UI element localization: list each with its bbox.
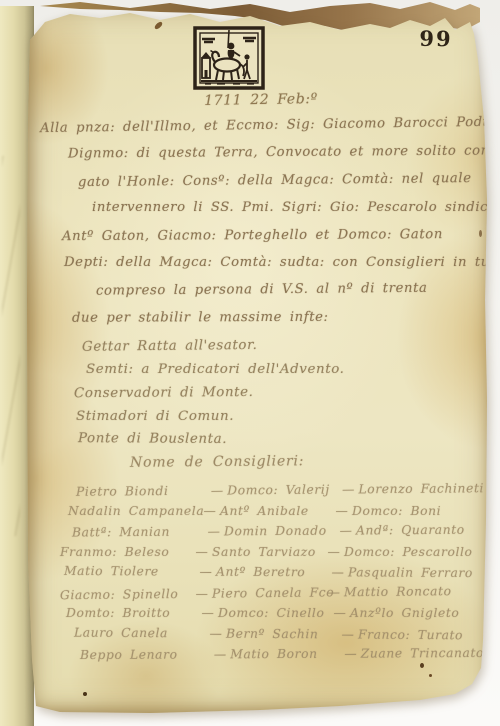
- councillor-name: Domin Donado: [224, 521, 336, 542]
- dash-separator: —: [207, 480, 227, 501]
- councillor-row: Domto: Broitto — Domco: Cinello — Anzºlo…: [66, 603, 484, 624]
- body-line: Dignmo: di questa Terra, Convocato et mo…: [68, 138, 480, 168]
- councillor-name: Domco: Cinello: [218, 603, 330, 624]
- date-line: 1711 22 Feb:º: [176, 91, 346, 110]
- agenda-item: Conservadori di Monte.: [74, 380, 416, 406]
- body-line: gato l'Honle: Consº: della Magca: Comtà:…: [78, 165, 480, 197]
- dash-separator: —: [336, 520, 356, 541]
- councillor-row: Lauro Canela — Bernº Sachin — Franco: Tu…: [74, 622, 484, 645]
- councillor-name: Zuane Trincanato: [361, 643, 484, 664]
- councillor-name: Anzºlo Gnigleto: [350, 603, 484, 624]
- councillors-list: Pietro Biondi — Domco: Valerij — Lorenzo…: [60, 480, 484, 665]
- councillor-name: Giacmo: Spinello: [60, 583, 192, 605]
- dash-separator: —: [204, 521, 224, 542]
- dash-separator: —: [324, 542, 344, 563]
- dash-separator: —: [198, 603, 218, 624]
- councillor-name: Santo Tarviazo: [212, 542, 324, 563]
- councillor-name: Domto: Broitto: [66, 603, 198, 624]
- dash-separator: —: [324, 582, 344, 603]
- councillor-name: Mattio Roncato: [344, 580, 484, 602]
- councillor-name: Antº Beretro: [216, 562, 328, 583]
- councillor-name: Matio Boron: [230, 644, 341, 665]
- agenda-item: Gettar Ratta all'esator.: [82, 332, 416, 359]
- horseman-woodcut-icon: [193, 26, 265, 90]
- dash-separator: —: [328, 562, 348, 583]
- councillor-name: Nadalin Campanela: [68, 501, 200, 522]
- dash-separator: —: [210, 644, 230, 665]
- councillor-row: Battª: Manian — Domin Donado — Andª: Qua…: [72, 520, 484, 543]
- manuscript-photo: 99 1711 22 Feb:º Alla pnza: dell'Illmo, …: [0, 0, 500, 726]
- ink-speck: [83, 692, 87, 696]
- body-line: Antº Gaton, Giacmo: Porteghello et Domco…: [62, 220, 480, 250]
- dash-separator: —: [200, 501, 220, 522]
- councillor-row: Pietro Biondi — Domco: Valerij — Lorenzo…: [76, 478, 484, 502]
- dash-separator: —: [341, 644, 361, 665]
- councillor-row: Matio Tiolere — Antº Beretro — Pasqualin…: [64, 561, 484, 584]
- dash-separator: —: [339, 479, 359, 500]
- councillor-name: Piero Canela Fco: [212, 582, 324, 604]
- dash-separator: —: [192, 583, 212, 604]
- ink-speck: [429, 674, 432, 677]
- councillor-name: Pietro Biondi: [76, 481, 207, 503]
- bleed-through-marks: [2, 156, 20, 536]
- dash-separator: —: [338, 624, 358, 645]
- body-line: due per stabilir le massime infte:: [72, 303, 480, 332]
- manuscript-page: 99 1711 22 Feb:º Alla pnza: dell'Illmo, …: [26, 8, 490, 714]
- body-text: Alla pnza: dell'Illmo, et Eccmo: Sig: Gi…: [40, 112, 480, 331]
- councillors-heading: Nome de Consiglieri:: [130, 453, 304, 471]
- dash-separator: —: [332, 501, 352, 522]
- body-line: Depti: della Magca: Comtà: sudta: con Co…: [64, 249, 480, 276]
- councillor-name: Andª: Quaranto: [356, 520, 484, 541]
- agenda-item: Semti: a Predicatori dell'Advento.: [86, 358, 416, 382]
- councillor-row: Franmo: Beleso — Santo Tarviazo — Domco:…: [60, 542, 484, 563]
- councillor-name: Franmo: Beleso: [60, 542, 192, 563]
- councillor-row: Nadalin Campanela — Antº Anibale — Domco…: [68, 501, 484, 522]
- agenda-item: Stimadori di Comun.: [76, 405, 416, 429]
- councillor-row: Giacmo: Spinello — Piero Canela Fco — Ma…: [60, 580, 484, 605]
- dash-separator: —: [196, 562, 216, 583]
- manuscript-page-wrap: 99 1711 22 Feb:º Alla pnza: dell'Illmo, …: [26, 8, 490, 714]
- dash-separator: —: [206, 623, 226, 644]
- agenda-list: Gettar Ratta all'esator. Semti: a Predic…: [76, 334, 416, 452]
- councillor-name: Matio Tiolere: [64, 561, 196, 582]
- councillor-name: Lauro Canela: [74, 622, 206, 643]
- dash-separator: —: [192, 542, 212, 563]
- body-line: intervennero li SS. Pmi. Sigri: Gio: Pes…: [92, 194, 480, 221]
- page-number: 99: [406, 25, 466, 51]
- councillor-row: Beppo Lenaro — Matio Boron — Zuane Trinc…: [80, 643, 484, 666]
- body-line: compreso la persona di V.S. al nº di tre…: [96, 275, 480, 306]
- councillor-name: Domco: Valerij: [227, 479, 339, 500]
- councillor-name: Beppo Lenaro: [80, 644, 211, 665]
- councillor-name: Lorenzo Fachineti: [358, 478, 484, 500]
- councillor-name: Bernº Sachin: [226, 623, 338, 644]
- councillor-name: Domco: Pescarollo: [344, 542, 484, 563]
- councillor-name: Domco: Boni: [352, 501, 484, 522]
- councillor-name: Antº Anibale: [220, 501, 332, 522]
- agenda-item: Ponte di Bouslenta.: [78, 427, 416, 452]
- dash-separator: —: [330, 603, 350, 624]
- councillor-name: Battª: Manian: [72, 522, 204, 543]
- woodcut-stamp: [193, 26, 265, 90]
